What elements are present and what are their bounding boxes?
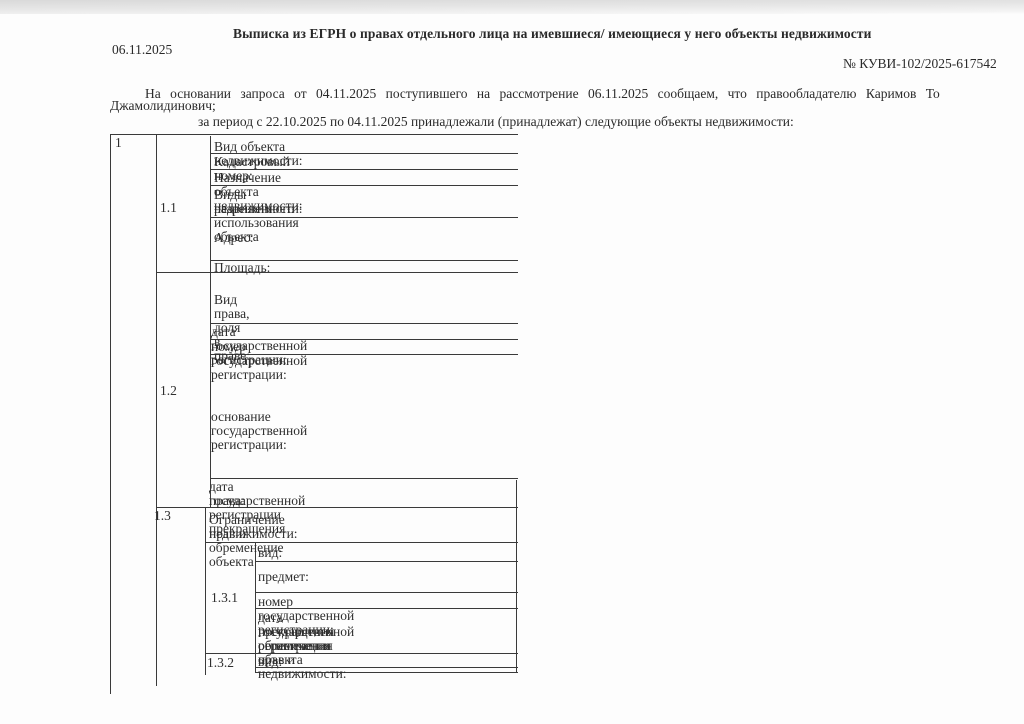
label-encumbrance-subject: предмет: [258,570,309,584]
request-paragraph: На основании запроса от 04.11.2025 посту… [145,86,940,102]
table-border-right [516,480,517,673]
document-date: 06.11.2025 [112,42,172,58]
label-address: Адрес: [214,231,253,245]
label-registration-number: номер государственной регистрации: [211,340,307,382]
table-col-divider-2b [205,507,206,675]
row-divider [205,653,518,654]
table-col-divider-2 [210,136,211,508]
period-paragraph: за период с 22.10.2025 по 04.11.2025 при… [198,114,794,130]
section-number-1-1: 1.1 [160,201,177,215]
row-divider [210,478,518,479]
object-number: 1 [115,136,122,150]
label-permitted-use-cont: недвижимости: [214,202,303,216]
section-number-1-3-2: 1.3.2 [207,656,234,670]
row-divider [210,323,518,324]
label-encumbrance: Ограничение прав и обременение объекта [209,513,285,569]
label-area: Площадь: [214,261,270,275]
label-encumbrance-kind: вид: [258,546,282,560]
section-number-1-3-1: 1.3.1 [211,591,238,605]
request-paragraph-continued: Джамолидинович; [110,98,216,114]
document-title: Выписка из ЕГРН о правах отдельного лица… [233,26,871,42]
document-number: № КУВИ-102/2025-617542 [843,56,997,72]
table-border-left [110,134,111,694]
row-divider [255,561,518,562]
label-encumbrance-cont: недвижимости: [209,527,298,541]
table-border-top [110,134,518,135]
table-col-divider-1 [156,134,157,686]
section-number-1-3: 1.3 [154,509,171,523]
label-encumbrance-kind-2: вид: [258,655,282,669]
label-registration-basis: основание государственной регистрации: [211,410,307,452]
section-divider [156,272,518,273]
label-termination-date-cont: права: [209,494,245,508]
section-number-1-2: 1.2 [160,384,177,398]
row-divider [255,592,518,593]
